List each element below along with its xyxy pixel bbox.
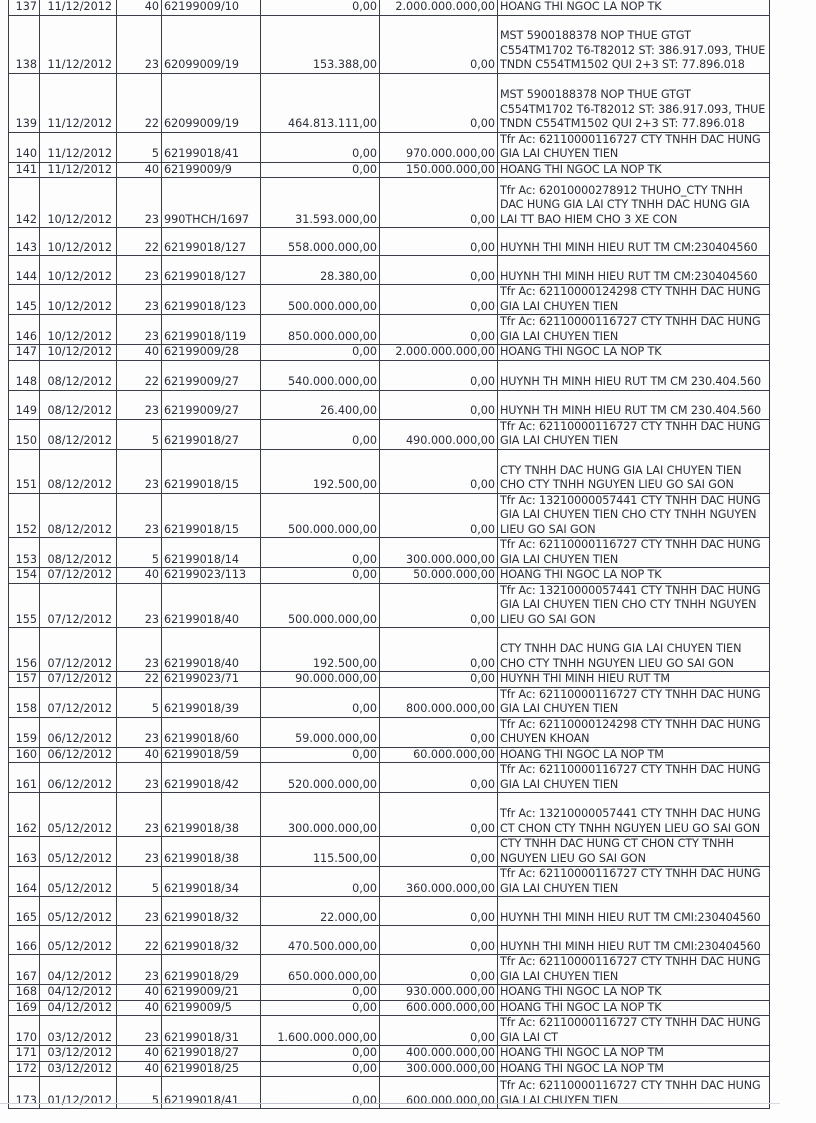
transaction-type: 23 <box>117 493 162 538</box>
credit-amount: 300.000.000,00 <box>380 1061 498 1077</box>
table-row: 13811/12/20122362099009/19153.388,000,00… <box>9 15 770 73</box>
reference-number: 62199009/27 <box>162 390 261 419</box>
reference-number: 62199018/127 <box>162 256 261 285</box>
credit-amount: 0,00 <box>380 1016 498 1046</box>
debit-amount: 22.000,00 <box>261 897 380 926</box>
reference-number: 62199009/27 <box>162 360 261 390</box>
debit-amount: 0,00 <box>261 538 380 568</box>
transaction-type: 5 <box>117 687 162 717</box>
reference-number: 62199018/34 <box>162 867 261 897</box>
table-row: 17103/12/20124062199018/270,00400.000.00… <box>9 1046 770 1062</box>
credit-amount: 0,00 <box>380 717 498 747</box>
reference-number: 62199018/38 <box>162 837 261 867</box>
transaction-type: 40 <box>117 0 162 15</box>
transaction-date: 07/12/2012 <box>40 672 117 688</box>
transaction-date: 04/12/2012 <box>40 1000 117 1016</box>
table-row: 14710/12/20124062199009/280,002.000.000.… <box>9 345 770 361</box>
row-number: 159 <box>9 717 40 747</box>
transaction-date: 07/12/2012 <box>40 583 117 628</box>
credit-amount: 970.000.000,00 <box>380 132 498 162</box>
table-row: 16106/12/20122362199018/42520.000.000,00… <box>9 763 770 793</box>
row-number: 165 <box>9 897 40 926</box>
transaction-date: 03/12/2012 <box>40 1046 117 1062</box>
table-row: 16904/12/20124062199009/50,00600.000.000… <box>9 1000 770 1016</box>
reference-number: 62099009/19 <box>162 15 261 73</box>
row-number: 151 <box>9 449 40 493</box>
transaction-type: 5 <box>117 867 162 897</box>
description: Tfr Ac: 62110000116727 CTY TNHH DAC HUNG… <box>498 867 770 897</box>
credit-amount: 800.000.000,00 <box>380 687 498 717</box>
description: HUYNH TH MINH HIEU RUT TM CM 230.404.560 <box>498 390 770 419</box>
reference-number: 62199018/31 <box>162 1016 261 1046</box>
description: HOANG THI NGOC LA NOP TK <box>498 1000 770 1016</box>
transaction-date: 06/12/2012 <box>40 747 117 763</box>
credit-amount: 0,00 <box>380 672 498 688</box>
description: Tfr Ac: 62110000124298 CTY TNHH DAC HUNG… <box>498 285 770 315</box>
credit-amount: 2.000.000.000,00 <box>380 345 498 361</box>
transaction-date: 05/12/2012 <box>40 837 117 867</box>
table-row: 15906/12/20122362199018/6059.000.000,000… <box>9 717 770 747</box>
description: HOANG THI NGOC LA NOP TM <box>498 1046 770 1062</box>
transaction-date: 06/12/2012 <box>40 717 117 747</box>
row-number: 150 <box>9 419 40 449</box>
reference-number: 62199018/39 <box>162 687 261 717</box>
row-number: 158 <box>9 687 40 717</box>
reference-number: 62199018/60 <box>162 717 261 747</box>
transaction-type: 23 <box>117 285 162 315</box>
row-number: 169 <box>9 1000 40 1016</box>
transaction-type: 22 <box>117 926 162 955</box>
description: Tfr Ac: 62010000278912 THUHO_CTY TNHH DA… <box>498 178 770 228</box>
debit-amount: 300.000.000,00 <box>261 793 380 837</box>
debit-amount: 850.000.000,00 <box>261 315 380 345</box>
table-row: 15008/12/2012562199018/270,00490.000.000… <box>9 419 770 449</box>
transaction-date: 03/12/2012 <box>40 1061 117 1077</box>
row-number: 164 <box>9 867 40 897</box>
transaction-date: 06/12/2012 <box>40 763 117 793</box>
transaction-date: 08/12/2012 <box>40 493 117 538</box>
description: HOANG THI NGOC LA NOP TK <box>498 0 770 15</box>
table-row: 14510/12/20122362199018/123500.000.000,0… <box>9 285 770 315</box>
transaction-date: 04/12/2012 <box>40 985 117 1001</box>
reference-number: 62199009/5 <box>162 1000 261 1016</box>
description: Tfr Ac: 62110000116727 CTY TNHH DAC HUNG… <box>498 687 770 717</box>
reference-number: 62099009/19 <box>162 73 261 132</box>
row-number: 144 <box>9 256 40 285</box>
credit-amount: 0,00 <box>380 583 498 628</box>
table-row: 14210/12/201223990THCH/169731.593.000,00… <box>9 178 770 228</box>
debit-amount: 0,00 <box>261 1061 380 1077</box>
row-number: 171 <box>9 1046 40 1062</box>
row-number: 153 <box>9 538 40 568</box>
description: Tfr Ac: 62110000116727 CTY TNHH DAC HUNG… <box>498 419 770 449</box>
credit-amount: 0,00 <box>380 793 498 837</box>
row-number: 139 <box>9 73 40 132</box>
reference-number: 62199009/9 <box>162 162 261 178</box>
table-row: 15807/12/2012562199018/390,00800.000.000… <box>9 687 770 717</box>
row-number: 162 <box>9 793 40 837</box>
row-number: 154 <box>9 568 40 584</box>
transaction-date: 08/12/2012 <box>40 360 117 390</box>
debit-amount: 500.000.000,00 <box>261 583 380 628</box>
row-number: 148 <box>9 360 40 390</box>
description: HUYNH THI MINH HIEU RUT TM CM:230404560 <box>498 228 770 256</box>
table-row: 16405/12/2012562199018/340,00360.000.000… <box>9 867 770 897</box>
description: Tfr Ac: 13210000057441 CTY TNHH DAC HUNG… <box>498 793 770 837</box>
description: Tfr Ac: 62110000116727 CTY TNHH DAC HUNG… <box>498 315 770 345</box>
row-number: 161 <box>9 763 40 793</box>
page-bottom-rule <box>0 1103 780 1104</box>
row-number: 168 <box>9 985 40 1001</box>
debit-amount: 464.813.111,00 <box>261 73 380 132</box>
transaction-type: 23 <box>117 793 162 837</box>
table-row: 16205/12/20122362199018/38300.000.000,00… <box>9 793 770 837</box>
debit-amount: 500.000.000,00 <box>261 285 380 315</box>
reference-number: 62199018/27 <box>162 419 261 449</box>
reference-number: 62199018/59 <box>162 747 261 763</box>
description: Tfr Ac: 13210000057441 CTY TNHH DAC HUNG… <box>498 583 770 628</box>
transaction-date: 08/12/2012 <box>40 538 117 568</box>
transaction-date: 08/12/2012 <box>40 390 117 419</box>
debit-amount: 470.500.000,00 <box>261 926 380 955</box>
transaction-date: 11/12/2012 <box>40 162 117 178</box>
credit-amount: 0,00 <box>380 178 498 228</box>
credit-amount: 400.000.000,00 <box>380 1046 498 1062</box>
reference-number: 62199018/25 <box>162 1061 261 1077</box>
row-number: 141 <box>9 162 40 178</box>
table-row: 14410/12/20122362199018/12728.380,000,00… <box>9 256 770 285</box>
debit-amount: 0,00 <box>261 1000 380 1016</box>
row-number: 145 <box>9 285 40 315</box>
transaction-type: 23 <box>117 763 162 793</box>
transaction-type: 23 <box>117 628 162 672</box>
transaction-type: 40 <box>117 568 162 584</box>
debit-amount: 0,00 <box>261 867 380 897</box>
description: HOANG THI NGOC LA NOP TM <box>498 747 770 763</box>
table-row: 15208/12/20122362199018/15500.000.000,00… <box>9 493 770 538</box>
debit-amount: 558.000.000,00 <box>261 228 380 256</box>
debit-amount: 0,00 <box>261 132 380 162</box>
reference-number: 62199023/71 <box>162 672 261 688</box>
debit-amount: 0,00 <box>261 687 380 717</box>
transaction-type: 23 <box>117 583 162 628</box>
table-row: 16804/12/20124062199009/210,00930.000.00… <box>9 985 770 1001</box>
description: HUYNH THI MINH HIEU RUT TM CMI:230404560 <box>498 897 770 926</box>
transaction-date: 07/12/2012 <box>40 628 117 672</box>
transaction-type: 23 <box>117 15 162 73</box>
debit-amount: 0,00 <box>261 985 380 1001</box>
table-row: 13911/12/20122262099009/19464.813.111,00… <box>9 73 770 132</box>
debit-amount: 0,00 <box>261 162 380 178</box>
transaction-type: 40 <box>117 1000 162 1016</box>
table-row: 14808/12/20122262199009/27540.000.000,00… <box>9 360 770 390</box>
credit-amount: 60.000.000,00 <box>380 747 498 763</box>
row-number: 172 <box>9 1061 40 1077</box>
transaction-type: 23 <box>117 837 162 867</box>
row-number: 138 <box>9 15 40 73</box>
transaction-type: 23 <box>117 897 162 926</box>
reference-number: 990THCH/1697 <box>162 178 261 228</box>
bank-statement-table: 13711/12/20124062199009/100,002.000.000.… <box>8 0 770 1109</box>
description: HUYNH THI MINH HIEU RUT TM CM:230404560 <box>498 256 770 285</box>
description: HUYNH TH MINH HIEU RUT TM CM 230.404.560 <box>498 360 770 390</box>
credit-amount: 0,00 <box>380 493 498 538</box>
reference-number: 62199018/15 <box>162 493 261 538</box>
table-row: 16505/12/20122362199018/3222.000,000,00H… <box>9 897 770 926</box>
row-number: 149 <box>9 390 40 419</box>
description: HUYNH THI MINH HIEU RUT TM CMI:230404560 <box>498 926 770 955</box>
transaction-type: 5 <box>117 419 162 449</box>
debit-amount: 0,00 <box>261 747 380 763</box>
table-row: 16704/12/20122362199018/29650.000.000,00… <box>9 955 770 985</box>
credit-amount: 360.000.000,00 <box>380 867 498 897</box>
credit-amount: 930.000.000,00 <box>380 985 498 1001</box>
reference-number: 62199009/10 <box>162 0 261 15</box>
row-number: 156 <box>9 628 40 672</box>
description: Tfr Ac: 62110000116727 CTY TNHH DAC HUNG… <box>498 763 770 793</box>
reference-number: 62199018/32 <box>162 926 261 955</box>
reference-number: 62199018/42 <box>162 763 261 793</box>
table-row: 14908/12/20122362199009/2726.400,000,00H… <box>9 390 770 419</box>
transaction-type: 23 <box>117 955 162 985</box>
reference-number: 62199018/119 <box>162 315 261 345</box>
row-number: 155 <box>9 583 40 628</box>
debit-amount: 115.500,00 <box>261 837 380 867</box>
description: MST 5900188378 NOP THUE GTGT C554TM1702 … <box>498 73 770 132</box>
credit-amount: 0,00 <box>380 256 498 285</box>
row-number: 140 <box>9 132 40 162</box>
reference-number: 62199018/15 <box>162 449 261 493</box>
reference-number: 62199018/32 <box>162 897 261 926</box>
transaction-type: 40 <box>117 162 162 178</box>
credit-amount: 0,00 <box>380 390 498 419</box>
transaction-type: 23 <box>117 390 162 419</box>
row-number: 147 <box>9 345 40 361</box>
transaction-date: 11/12/2012 <box>40 15 117 73</box>
table-row: 14111/12/20124062199009/90,00150.000.000… <box>9 162 770 178</box>
debit-amount: 31.593.000,00 <box>261 178 380 228</box>
reference-number: 62199018/38 <box>162 793 261 837</box>
reference-number: 62199023/113 <box>162 568 261 584</box>
transaction-date: 10/12/2012 <box>40 345 117 361</box>
transaction-date: 10/12/2012 <box>40 285 117 315</box>
debit-amount: 0,00 <box>261 0 380 15</box>
transaction-date: 10/12/2012 <box>40 228 117 256</box>
transaction-date: 07/12/2012 <box>40 568 117 584</box>
transaction-type: 23 <box>117 315 162 345</box>
credit-amount: 600.000.000,00 <box>380 1000 498 1016</box>
reference-number: 62199018/41 <box>162 132 261 162</box>
row-number: 157 <box>9 672 40 688</box>
transaction-type: 40 <box>117 345 162 361</box>
table-row: 15407/12/20124062199023/1130,0050.000.00… <box>9 568 770 584</box>
description: CTY TNHH DAC HUNG GIA LAI CHUYEN TIEN CH… <box>498 449 770 493</box>
transaction-type: 23 <box>117 1016 162 1046</box>
credit-amount: 0,00 <box>380 360 498 390</box>
debit-amount: 0,00 <box>261 1046 380 1062</box>
reference-number: 62199018/127 <box>162 228 261 256</box>
description: Tfr Ac: 62110000116727 CTY TNHH DAC HUNG… <box>498 955 770 985</box>
row-number: 163 <box>9 837 40 867</box>
credit-amount: 490.000.000,00 <box>380 419 498 449</box>
credit-amount: 0,00 <box>380 315 498 345</box>
table-row: 17003/12/20122362199018/311.600.000.000,… <box>9 1016 770 1046</box>
row-number: 146 <box>9 315 40 345</box>
transaction-type: 23 <box>117 449 162 493</box>
transaction-type: 23 <box>117 256 162 285</box>
transaction-type: 22 <box>117 228 162 256</box>
reference-number: 62199018/29 <box>162 955 261 985</box>
debit-amount: 540.000.000,00 <box>261 360 380 390</box>
transaction-date: 04/12/2012 <box>40 955 117 985</box>
description: Tfr Ac: 62110000116727 CTY TNHH DAC HUNG… <box>498 538 770 568</box>
transaction-type: 22 <box>117 672 162 688</box>
debit-amount: 500.000.000,00 <box>261 493 380 538</box>
credit-amount: 0,00 <box>380 837 498 867</box>
transaction-date: 05/12/2012 <box>40 793 117 837</box>
debit-amount: 192.500,00 <box>261 628 380 672</box>
reference-number: 62199018/27 <box>162 1046 261 1062</box>
description: Tfr Ac: 62110000116727 CTY TNHH DAC HUNG… <box>498 132 770 162</box>
reference-number: 62199018/40 <box>162 583 261 628</box>
reference-number: 62199009/28 <box>162 345 261 361</box>
table-row: 15108/12/20122362199018/15192.500,000,00… <box>9 449 770 493</box>
description: HOANG THI NGOC LA NOP TK <box>498 345 770 361</box>
transaction-type: 40 <box>117 985 162 1001</box>
description: HOANG THI NGOC LA NOP TK <box>498 162 770 178</box>
description: HOANG THI NGOC LA NOP TM <box>498 1061 770 1077</box>
debit-amount: 26.400,00 <box>261 390 380 419</box>
credit-amount: 0,00 <box>380 926 498 955</box>
reference-number: 62199009/21 <box>162 985 261 1001</box>
credit-amount: 0,00 <box>380 285 498 315</box>
reference-number: 62199018/40 <box>162 628 261 672</box>
debit-amount: 153.388,00 <box>261 15 380 73</box>
transaction-type: 22 <box>117 360 162 390</box>
row-number: 167 <box>9 955 40 985</box>
transaction-type: 40 <box>117 1061 162 1077</box>
transaction-type: 5 <box>117 132 162 162</box>
debit-amount: 0,00 <box>261 419 380 449</box>
description: HOANG THI NGOC LA NOP TK <box>498 568 770 584</box>
debit-amount: 520.000.000,00 <box>261 763 380 793</box>
table-row: 17203/12/20124062199018/250,00300.000.00… <box>9 1061 770 1077</box>
transaction-date: 10/12/2012 <box>40 256 117 285</box>
credit-amount: 0,00 <box>380 228 498 256</box>
transaction-date: 11/12/2012 <box>40 0 117 15</box>
debit-amount: 192.500,00 <box>261 449 380 493</box>
transaction-type: 23 <box>117 717 162 747</box>
description: HUYNH THI MINH HIEU RUT TM <box>498 672 770 688</box>
transaction-type: 40 <box>117 1046 162 1062</box>
transaction-type: 40 <box>117 747 162 763</box>
description: MST 5900188378 NOP THUE GTGT C554TM1702 … <box>498 15 770 73</box>
debit-amount: 650.000.000,00 <box>261 955 380 985</box>
credit-amount: 0,00 <box>380 73 498 132</box>
credit-amount: 0,00 <box>380 763 498 793</box>
statement-rows: 13711/12/20124062199009/100,002.000.000.… <box>9 0 770 1109</box>
description: CTY TNHH DAC HUNG CT CHON CTY TNHH NGUYE… <box>498 837 770 867</box>
debit-amount: 0,00 <box>261 345 380 361</box>
table-row: 15507/12/20122362199018/40500.000.000,00… <box>9 583 770 628</box>
row-number: 166 <box>9 926 40 955</box>
table-row: 15707/12/20122262199023/7190.000.000,000… <box>9 672 770 688</box>
description: Tfr Ac: 62110000116727 CTY TNHH DAC HUNG… <box>498 1016 770 1046</box>
transaction-type: 5 <box>117 538 162 568</box>
transaction-date: 05/12/2012 <box>40 867 117 897</box>
table-row: 16605/12/20122262199018/32470.500.000,00… <box>9 926 770 955</box>
transaction-date: 05/12/2012 <box>40 897 117 926</box>
table-row: 16305/12/20122362199018/38115.500,000,00… <box>9 837 770 867</box>
transaction-date: 05/12/2012 <box>40 926 117 955</box>
description: Tfr Ac: 62110000124298 CTY TNHH DAC HUNG… <box>498 717 770 747</box>
row-number: 170 <box>9 1016 40 1046</box>
debit-amount: 59.000.000,00 <box>261 717 380 747</box>
credit-amount: 2.000.000.000,00 <box>380 0 498 15</box>
transaction-date: 03/12/2012 <box>40 1016 117 1046</box>
credit-amount: 50.000.000,00 <box>380 568 498 584</box>
table-row: 16006/12/20124062199018/590,0060.000.000… <box>9 747 770 763</box>
table-row: 14310/12/20122262199018/127558.000.000,0… <box>9 228 770 256</box>
transaction-date: 10/12/2012 <box>40 315 117 345</box>
transaction-date: 07/12/2012 <box>40 687 117 717</box>
table-row: 15308/12/2012562199018/140,00300.000.000… <box>9 538 770 568</box>
transaction-date: 10/12/2012 <box>40 178 117 228</box>
row-number: 152 <box>9 493 40 538</box>
credit-amount: 0,00 <box>380 955 498 985</box>
reference-number: 62199018/14 <box>162 538 261 568</box>
transaction-date: 08/12/2012 <box>40 419 117 449</box>
debit-amount: 28.380,00 <box>261 256 380 285</box>
description: HOANG THI NGOC LA NOP TK <box>498 985 770 1001</box>
transaction-type: 22 <box>117 73 162 132</box>
credit-amount: 0,00 <box>380 449 498 493</box>
row-number: 137 <box>9 0 40 15</box>
table-row: 14610/12/20122362199018/119850.000.000,0… <box>9 315 770 345</box>
transaction-type: 23 <box>117 178 162 228</box>
credit-amount: 150.000.000,00 <box>380 162 498 178</box>
transaction-date: 11/12/2012 <box>40 132 117 162</box>
description: CTY TNHH DAC HUNG GIA LAI CHUYEN TIEN CH… <box>498 628 770 672</box>
debit-amount: 1.600.000.000,00 <box>261 1016 380 1046</box>
credit-amount: 0,00 <box>380 15 498 73</box>
table-row: 13711/12/20124062199009/100,002.000.000.… <box>9 0 770 15</box>
credit-amount: 300.000.000,00 <box>380 538 498 568</box>
description: Tfr Ac: 13210000057441 CTY TNHH DAC HUNG… <box>498 493 770 538</box>
debit-amount: 90.000.000,00 <box>261 672 380 688</box>
credit-amount: 0,00 <box>380 897 498 926</box>
debit-amount: 0,00 <box>261 568 380 584</box>
reference-number: 62199018/123 <box>162 285 261 315</box>
row-number: 142 <box>9 178 40 228</box>
table-row: 14011/12/2012562199018/410,00970.000.000… <box>9 132 770 162</box>
row-number: 160 <box>9 747 40 763</box>
table-row: 15607/12/20122362199018/40192.500,000,00… <box>9 628 770 672</box>
row-number: 143 <box>9 228 40 256</box>
credit-amount: 0,00 <box>380 628 498 672</box>
transaction-date: 11/12/2012 <box>40 73 117 132</box>
transaction-date: 08/12/2012 <box>40 449 117 493</box>
